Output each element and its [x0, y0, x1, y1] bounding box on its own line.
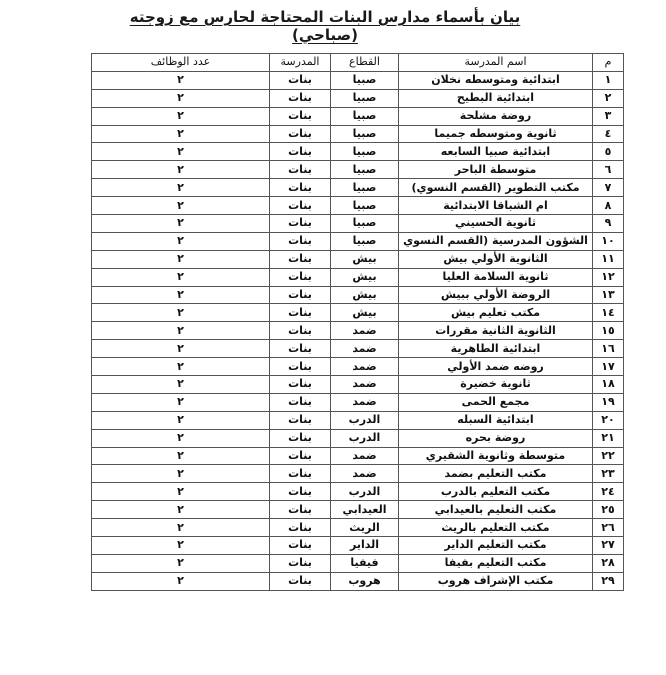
row-school-name: مكتب التعليم بفيفا — [399, 554, 593, 572]
row-jobs-count: ٢ — [92, 304, 270, 322]
row-school-name: مكتب تعليم بيش — [399, 304, 593, 322]
row-school-type: بنات — [270, 429, 331, 447]
row-num: ٢٤ — [593, 483, 624, 501]
row-school-type: بنات — [270, 286, 331, 304]
row-jobs-count: ٢ — [92, 519, 270, 537]
row-school-type: بنات — [270, 89, 331, 107]
row-school-type: بنات — [270, 411, 331, 429]
table-row: ١٤مكتب تعليم بيشبيشبنات٢ — [92, 304, 624, 322]
row-sector: الداير — [331, 537, 399, 555]
row-sector: ضمد — [331, 376, 399, 394]
row-num: ٢٣ — [593, 465, 624, 483]
row-jobs-count: ٢ — [92, 268, 270, 286]
row-sector: صبيا — [331, 143, 399, 161]
row-school-type: بنات — [270, 143, 331, 161]
table-row: ٢١روضة بحرهالدرببنات٢ — [92, 429, 624, 447]
row-school-type: بنات — [270, 232, 331, 250]
row-sector: بيش — [331, 304, 399, 322]
row-jobs-count: ٢ — [92, 89, 270, 107]
row-sector: ضمد — [331, 340, 399, 358]
row-jobs-count: ٢ — [92, 71, 270, 89]
row-jobs-count: ٢ — [92, 447, 270, 465]
row-sector: صبيا — [331, 197, 399, 215]
table-row: ٢٥مكتب التعليم بالعيدابيالعيدابيبنات٢ — [92, 501, 624, 519]
row-sector: ضمد — [331, 358, 399, 376]
table-row: ٢ابتدائية البطيحصبيابنات٢ — [92, 89, 624, 107]
row-jobs-count: ٢ — [92, 537, 270, 555]
table-row: ٦متوسطة الباحرصبيابنات٢ — [92, 161, 624, 179]
row-num: ٥ — [593, 143, 624, 161]
row-school-type: بنات — [270, 304, 331, 322]
row-num: ١٧ — [593, 358, 624, 376]
row-school-type: بنات — [270, 465, 331, 483]
table-row: ٢٢متوسطة وثانوية الشقيريضمدبنات٢ — [92, 447, 624, 465]
row-jobs-count: ٢ — [92, 286, 270, 304]
row-school-name: مكتب التطوير (القسم النسوي) — [399, 179, 593, 197]
row-school-type: بنات — [270, 537, 331, 555]
row-sector: صبيا — [331, 161, 399, 179]
row-sector: صبيا — [331, 107, 399, 125]
row-jobs-count: ٢ — [92, 107, 270, 125]
row-school-name: ابتدائية الطاهرية — [399, 340, 593, 358]
row-jobs-count: ٢ — [92, 179, 270, 197]
row-sector: صبيا — [331, 179, 399, 197]
row-school-name: روضة مشلحة — [399, 107, 593, 125]
row-sector: الدرب — [331, 429, 399, 447]
row-school-type: بنات — [270, 197, 331, 215]
row-sector: صبيا — [331, 125, 399, 143]
table-row: ١١الثانوية الأولي بيشبيشبنات٢ — [92, 250, 624, 268]
row-num: ٢١ — [593, 429, 624, 447]
row-num: ١٠ — [593, 232, 624, 250]
table-row: ٢٤مكتب التعليم بالدربالدرببنات٢ — [92, 483, 624, 501]
row-num: ١١ — [593, 250, 624, 268]
row-school-type: بنات — [270, 161, 331, 179]
table-row: ٢٧مكتب التعليم الدايرالدايربنات٢ — [92, 537, 624, 555]
table-header-row: م اسم المدرسة القطاع المدرسة عدد الوظائف — [92, 54, 624, 72]
row-school-type: بنات — [270, 376, 331, 394]
row-num: ١ — [593, 71, 624, 89]
document-title: بيان بأسماء مدارس البنات المحتاجة لحارس … — [115, 8, 535, 44]
row-jobs-count: ٢ — [92, 465, 270, 483]
row-jobs-count: ٢ — [92, 322, 270, 340]
row-school-name: متوسطة وثانوية الشقيري — [399, 447, 593, 465]
row-school-type: بنات — [270, 358, 331, 376]
row-jobs-count: ٢ — [92, 215, 270, 233]
row-school-type: بنات — [270, 447, 331, 465]
row-jobs-count: ٢ — [92, 483, 270, 501]
row-school-name: مكتب الإشراف هروب — [399, 572, 593, 590]
table-row: ٢٨مكتب التعليم بفيفافيفيابنات٢ — [92, 554, 624, 572]
row-school-name: الثانوية الثانية مقررات — [399, 322, 593, 340]
table-row: ٥ابتدائية صبيا السابعهصبيابنات٢ — [92, 143, 624, 161]
row-school-name: مكتب التعليم بالريث — [399, 519, 593, 537]
row-school-type: بنات — [270, 340, 331, 358]
row-sector: فيفيا — [331, 554, 399, 572]
header-school-name: اسم المدرسة — [399, 54, 593, 72]
table-row: ٣روضة مشلحةصبيابنات٢ — [92, 107, 624, 125]
row-school-name: ثانوية خضيرة — [399, 376, 593, 394]
table-row: ١٢ثانوية السلامة العليابيشبنات٢ — [92, 268, 624, 286]
row-school-name: مكتب التعليم الداير — [399, 537, 593, 555]
row-num: ٤ — [593, 125, 624, 143]
table-row: ١٧روضه ضمد الأوليضمدبنات٢ — [92, 358, 624, 376]
row-sector: ضمد — [331, 447, 399, 465]
table-row: ٢٣مكتب التعليم بضمدضمدبنات٢ — [92, 465, 624, 483]
row-school-name: روضه ضمد الأولي — [399, 358, 593, 376]
row-num: ٢ — [593, 89, 624, 107]
row-school-name: الشؤون المدرسية (القسم النسوي — [399, 232, 593, 250]
row-sector: صبيا — [331, 89, 399, 107]
table-row: ٨ام الشباقا الابتدائيةصبيابنات٢ — [92, 197, 624, 215]
row-school-type: بنات — [270, 483, 331, 501]
row-sector: بيش — [331, 286, 399, 304]
row-sector: صبيا — [331, 215, 399, 233]
row-school-name: مكتب التعليم بالدرب — [399, 483, 593, 501]
row-jobs-count: ٢ — [92, 232, 270, 250]
row-jobs-count: ٢ — [92, 572, 270, 590]
row-num: ١٨ — [593, 376, 624, 394]
table-row: ١٦ابتدائية الطاهريةضمدبنات٢ — [92, 340, 624, 358]
row-sector: صبيا — [331, 232, 399, 250]
row-school-name: مكتب التعليم بالعيدابي — [399, 501, 593, 519]
row-jobs-count: ٢ — [92, 125, 270, 143]
header-school-type: المدرسة — [270, 54, 331, 72]
row-num: ٦ — [593, 161, 624, 179]
row-school-type: بنات — [270, 71, 331, 89]
row-num: ٢٧ — [593, 537, 624, 555]
row-school-type: بنات — [270, 215, 331, 233]
row-num: ٢٦ — [593, 519, 624, 537]
row-school-name: ثانوية الحسيني — [399, 215, 593, 233]
table-row: ١٨ثانوية خضيرةضمدبنات٢ — [92, 376, 624, 394]
row-school-type: بنات — [270, 250, 331, 268]
row-jobs-count: ٢ — [92, 340, 270, 358]
row-school-name: الثانوية الأولي بيش — [399, 250, 593, 268]
row-num: ٩ — [593, 215, 624, 233]
table-row: ١ابتدائية ومتوسطه نخلانصبيابنات٢ — [92, 71, 624, 89]
row-sector: ضمد — [331, 465, 399, 483]
row-school-type: بنات — [270, 501, 331, 519]
row-sector: بيش — [331, 250, 399, 268]
row-jobs-count: ٢ — [92, 358, 270, 376]
row-num: ١٣ — [593, 286, 624, 304]
row-school-name: ثانوية السلامة العليا — [399, 268, 593, 286]
row-school-name: ابتدائية ومتوسطه نخلان — [399, 71, 593, 89]
row-jobs-count: ٢ — [92, 554, 270, 572]
row-sector: بيش — [331, 268, 399, 286]
row-school-name: روضة بحره — [399, 429, 593, 447]
row-num: ١٥ — [593, 322, 624, 340]
row-jobs-count: ٢ — [92, 161, 270, 179]
table-row: ٩ثانوية الحسينيصبيابنات٢ — [92, 215, 624, 233]
row-school-type: بنات — [270, 393, 331, 411]
row-sector: هروب — [331, 572, 399, 590]
table-row: ١٩مجمع الحمىضمدبنات٢ — [92, 393, 624, 411]
row-num: ٨ — [593, 197, 624, 215]
row-num: ١٦ — [593, 340, 624, 358]
row-sector: صبيا — [331, 71, 399, 89]
row-num: ١٢ — [593, 268, 624, 286]
row-school-type: بنات — [270, 107, 331, 125]
row-school-name: متوسطة الباحر — [399, 161, 593, 179]
row-num: ١٤ — [593, 304, 624, 322]
row-jobs-count: ٢ — [92, 411, 270, 429]
row-jobs-count: ٢ — [92, 393, 270, 411]
header-jobs-count: عدد الوظائف — [92, 54, 270, 72]
row-school-name: ام الشباقا الابتدائية — [399, 197, 593, 215]
row-num: ٢٩ — [593, 572, 624, 590]
row-school-type: بنات — [270, 572, 331, 590]
row-school-name: مجمع الحمى — [399, 393, 593, 411]
row-school-name: مكتب التعليم بضمد — [399, 465, 593, 483]
schools-table: م اسم المدرسة القطاع المدرسة عدد الوظائف… — [91, 53, 624, 591]
row-num: ٢٠ — [593, 411, 624, 429]
row-school-name: ابتدائية البطيح — [399, 89, 593, 107]
row-school-type: بنات — [270, 519, 331, 537]
row-school-name: ابتدائية السبله — [399, 411, 593, 429]
row-num: ٣ — [593, 107, 624, 125]
row-school-type: بنات — [270, 322, 331, 340]
table-row: ٢٩مكتب الإشراف هروبهروببنات٢ — [92, 572, 624, 590]
header-num: م — [593, 54, 624, 72]
table-row: ٢٦مكتب التعليم بالريثالريثبنات٢ — [92, 519, 624, 537]
row-jobs-count: ٢ — [92, 143, 270, 161]
row-jobs-count: ٢ — [92, 429, 270, 447]
row-num: ٢٨ — [593, 554, 624, 572]
row-jobs-count: ٢ — [92, 250, 270, 268]
row-school-name: ابتدائية صبيا السابعه — [399, 143, 593, 161]
row-sector: الريث — [331, 519, 399, 537]
row-sector: العيدابي — [331, 501, 399, 519]
row-num: ٧ — [593, 179, 624, 197]
table-row: ١٥الثانوية الثانية مقرراتضمدبنات٢ — [92, 322, 624, 340]
row-num: ١٩ — [593, 393, 624, 411]
row-num: ٢٥ — [593, 501, 624, 519]
row-sector: الدرب — [331, 483, 399, 501]
row-school-name: الروضة الأولي ببيش — [399, 286, 593, 304]
table-row: ١٠الشؤون المدرسية (القسم النسويصبيابنات٢ — [92, 232, 624, 250]
row-sector: ضمد — [331, 393, 399, 411]
row-num: ٢٢ — [593, 447, 624, 465]
header-sector: القطاع — [331, 54, 399, 72]
row-jobs-count: ٢ — [92, 197, 270, 215]
row-school-type: بنات — [270, 179, 331, 197]
row-sector: الدرب — [331, 411, 399, 429]
row-sector: ضمد — [331, 322, 399, 340]
table-row: ٢٠ابتدائية السبلهالدرببنات٢ — [92, 411, 624, 429]
table-row: ١٣الروضة الأولي ببيشبيشبنات٢ — [92, 286, 624, 304]
row-jobs-count: ٢ — [92, 376, 270, 394]
row-school-name: ثانوية ومتوسطه جميما — [399, 125, 593, 143]
row-school-type: بنات — [270, 554, 331, 572]
table-row: ٤ثانوية ومتوسطه جميماصبيابنات٢ — [92, 125, 624, 143]
row-school-type: بنات — [270, 268, 331, 286]
row-jobs-count: ٢ — [92, 501, 270, 519]
table-row: ٧مكتب التطوير (القسم النسوي)صبيابنات٢ — [92, 179, 624, 197]
row-school-type: بنات — [270, 125, 331, 143]
